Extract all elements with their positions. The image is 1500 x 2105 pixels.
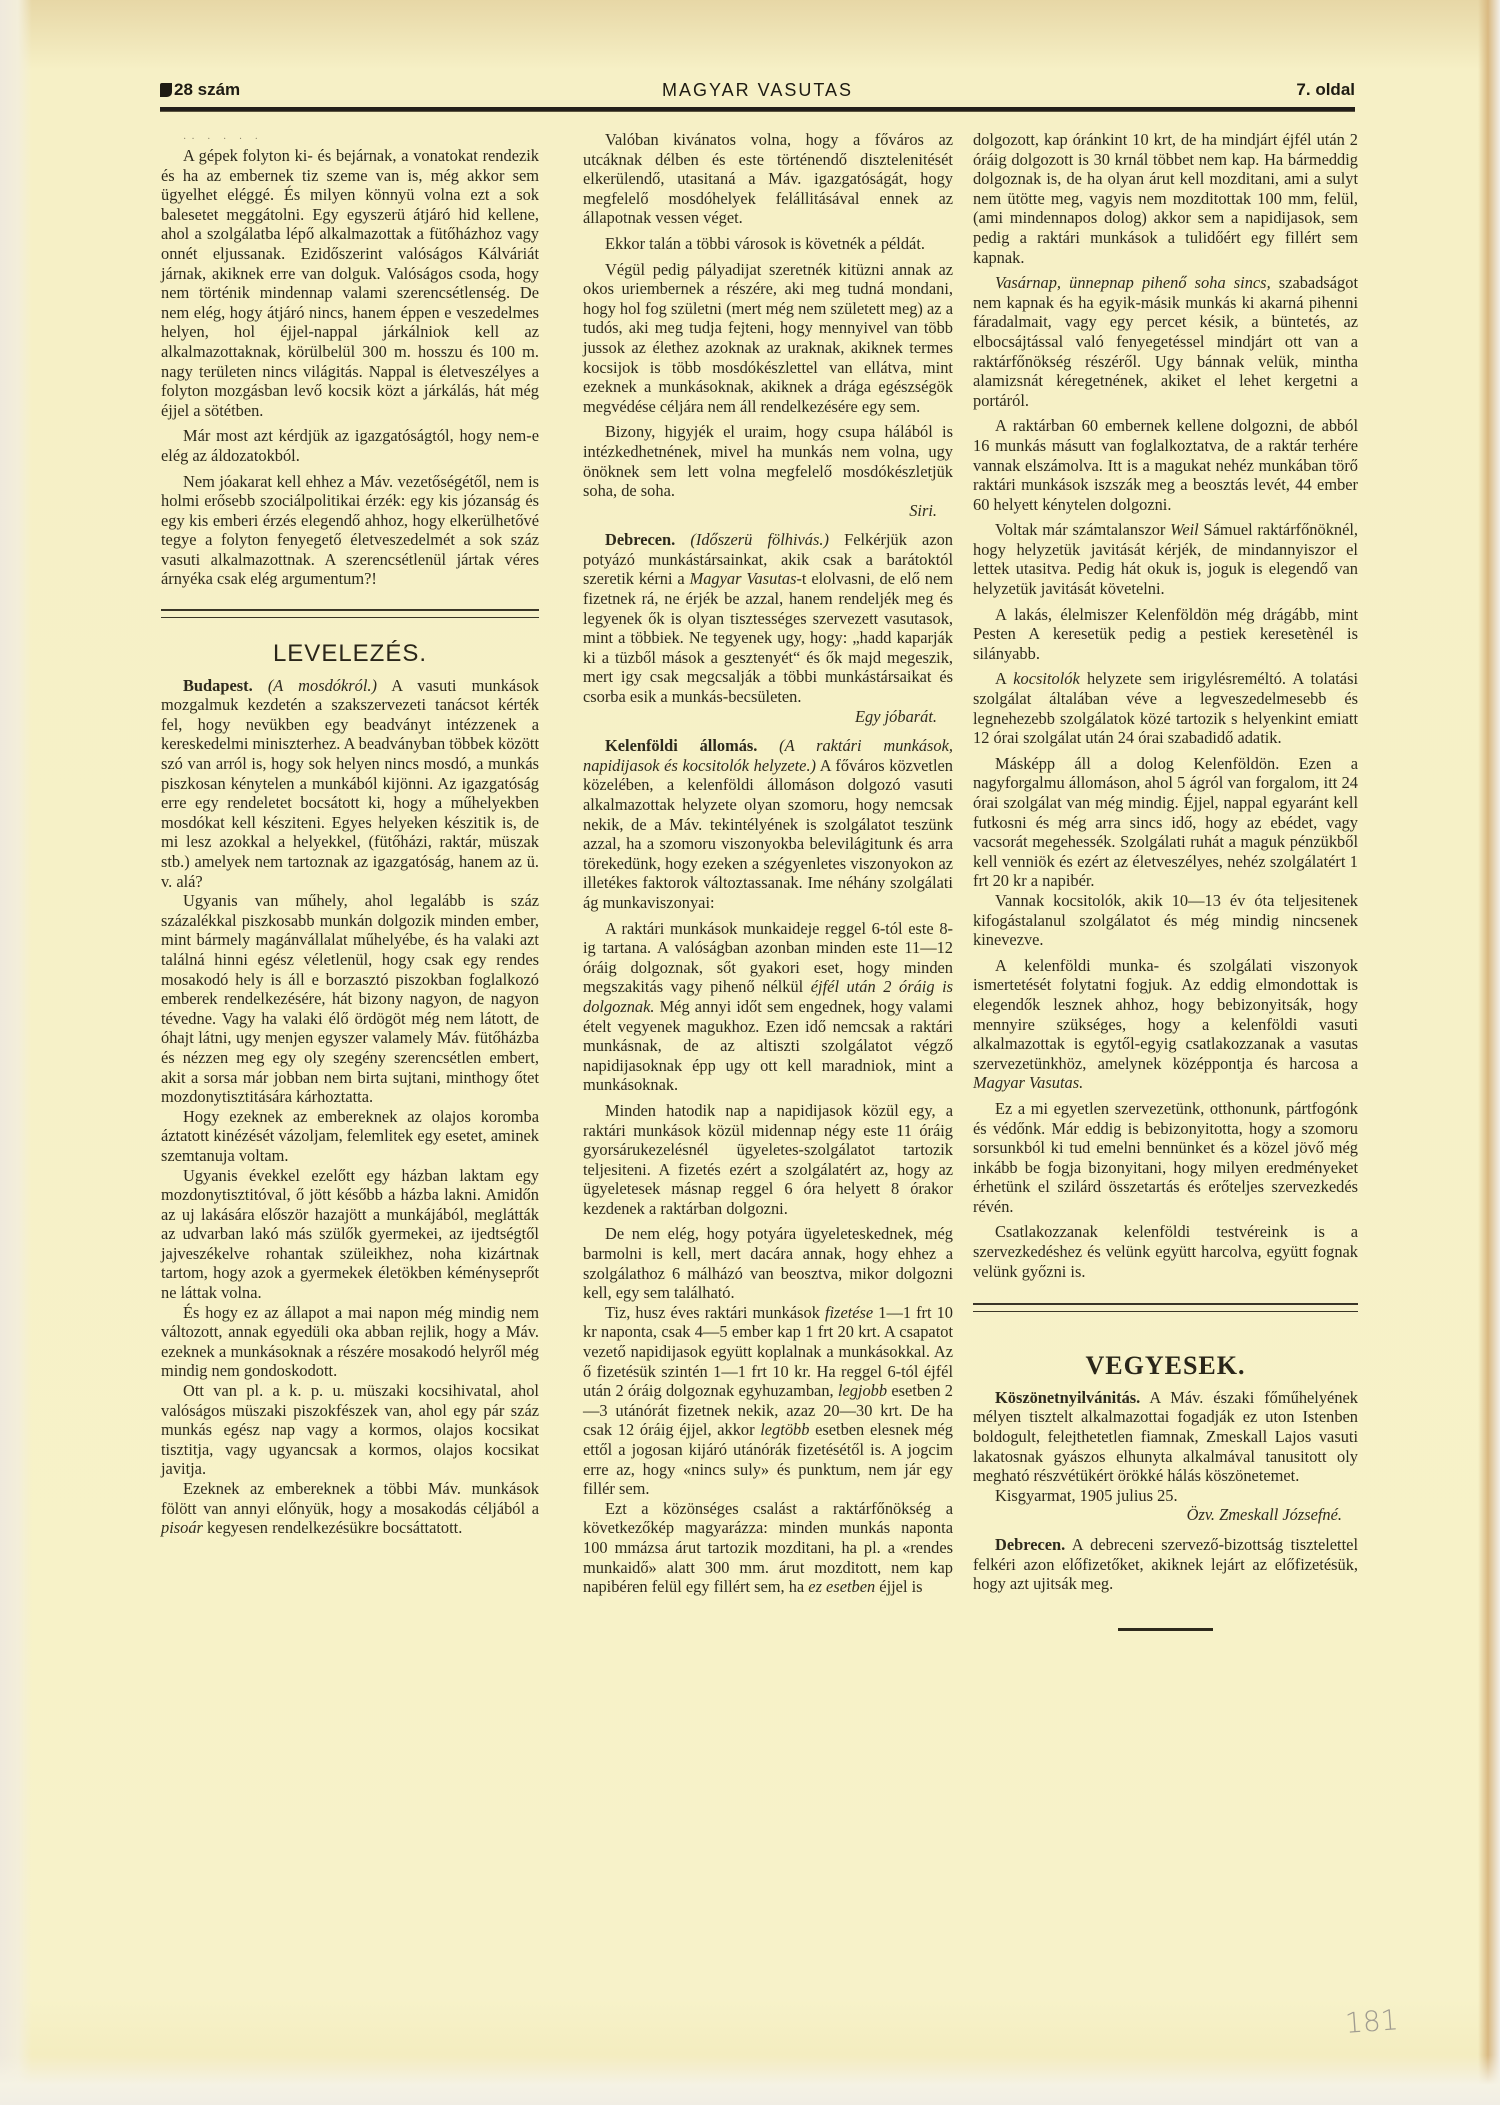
letter-kelenfold: Kelenföldi állomás. (A raktári munkások,…: [583, 736, 953, 912]
paragraph: A gépek folyton ki- és bejárnak, a vonat…: [161, 146, 539, 420]
section-title-levelezes: LEVELEZÉS.: [161, 644, 539, 664]
paragraph: Tiz, husz éves raktári munkások fizetése…: [583, 1303, 953, 1499]
paragraph: A raktárban 60 embernek kellene dolgozni…: [973, 416, 1358, 514]
paragraph: Ugyanis évekkel ezelőtt egy házban lakta…: [161, 1166, 539, 1303]
column-1: ·· · · · · A gépek folyton ki- és bejárn…: [161, 130, 539, 1538]
paragraph: Ezt a közönséges csalást a raktárfőnöksé…: [583, 1499, 953, 1597]
signature: Egy jóbarát.: [583, 707, 937, 727]
paragraph: De nem elég, hogy potyára ügyeleteskedne…: [583, 1224, 953, 1302]
paragraph: A raktári munkások munkaideje reggel 6-t…: [583, 919, 953, 1095]
section-divider: [161, 609, 539, 618]
paragraph: Bizony, higyjék el uraim, hogy csupa hál…: [583, 422, 953, 500]
column-2: Valóban kivánatos volna, hogy a főváros …: [583, 130, 953, 1597]
paragraph: Ez a mi egyetlen szervezetünk, otthonunk…: [973, 1099, 1358, 1217]
paragraph: Valóban kivánatos volna, hogy a főváros …: [583, 130, 953, 228]
paragraph: Vasárnap, ünnepnap pihenő soha sincs, sz…: [973, 273, 1358, 410]
page-edge-right: [1478, 0, 1500, 2105]
page-number: 7. oldal: [1296, 80, 1355, 100]
signature: Siri.: [583, 501, 937, 521]
paragraph: Végül pedig pályadijat szeretnék kitüzni…: [583, 260, 953, 417]
newspaper-title: MAGYAR VASUTAS: [160, 80, 1355, 101]
section-divider: [973, 1303, 1358, 1312]
paragraph: Ekkor talán a többi városok is követnék …: [583, 234, 953, 254]
archive-pencil-number: 181: [1344, 2003, 1400, 2040]
paragraph: Nem jóakarat kell ehhez a Máv. vezetőség…: [161, 472, 539, 590]
paragraph: Ott van pl. a k. p. u. müszaki kocsihiva…: [161, 1381, 539, 1479]
notice-thanks: Köszönetnyilvánitás. A Máv. északi főműh…: [973, 1388, 1358, 1486]
letter-debrecen: Debrecen. (Időszerü fölhivás.) Felkérjük…: [583, 530, 953, 706]
paragraph: És hogy ez az állapot a mai napon még mi…: [161, 1303, 539, 1381]
letter-subtitle: (A mosdókról.): [268, 676, 377, 695]
letter-budapest: Budapest. (A mosdókról.) A vasuti munkás…: [161, 676, 539, 892]
paragraph: Hogy ezeknek az embereknek az olajos kor…: [161, 1107, 539, 1166]
paragraph: Ezeknek az embereknek a többi Máv. munká…: [161, 1479, 539, 1538]
newspaper-page: 28 szám MAGYAR VASUTAS 7. oldal ·· · · ·…: [0, 0, 1500, 2105]
paragraph: Minden hatodik nap a napidijasok közül e…: [583, 1101, 953, 1219]
paragraph: A kelenföldi munka- és szolgálati viszon…: [973, 956, 1358, 1093]
paragraph: Csatlakozzanak kelenföldi testvéreink is…: [973, 1222, 1358, 1281]
end-rule: [1118, 1628, 1213, 1631]
letter-place: Budapest.: [183, 676, 253, 695]
paragraph: A lakás, élelmiszer Kelenföldön még drág…: [973, 605, 1358, 664]
paragraph: Ugyanis van műhely, ahol legalább is szá…: [161, 891, 539, 1107]
paragraph: Már most azt kérdjük az igazgatóságtól, …: [161, 426, 539, 465]
paragraph: A kocsitolók helyzete sem irigylésremélt…: [973, 669, 1358, 747]
signature: Özv. Zmeskall Józsefné.: [973, 1505, 1342, 1525]
paragraph: Voltak már számtalanszor Weil Sámuel rak…: [973, 520, 1358, 598]
section-title-vegyesek: VEGYESEK.: [973, 1356, 1358, 1376]
dateline: Kisgyarmat, 1905 julius 25.: [973, 1486, 1358, 1506]
notice-debrecen: Debrecen. A debreceni szervező-bizottság…: [973, 1535, 1358, 1594]
column-3: dolgozott, kap óránkint 10 krt, de ha mi…: [973, 130, 1358, 1631]
page-edge-left: [0, 0, 32, 2105]
paragraph: dolgozott, kap óránkint 10 krt, de ha mi…: [973, 130, 1358, 267]
paragraph: Vannak kocsitolók, akik 10—13 év óta tel…: [973, 891, 1358, 950]
masthead: 28 szám MAGYAR VASUTAS 7. oldal: [160, 80, 1355, 102]
page-edge-bottom: [0, 2055, 1500, 2105]
column-ornament: ·· · · · ·: [161, 130, 539, 146]
paragraph: Másképp áll a dolog Kelenföldön. Ezen a …: [973, 754, 1358, 891]
header-rule: [160, 107, 1355, 112]
